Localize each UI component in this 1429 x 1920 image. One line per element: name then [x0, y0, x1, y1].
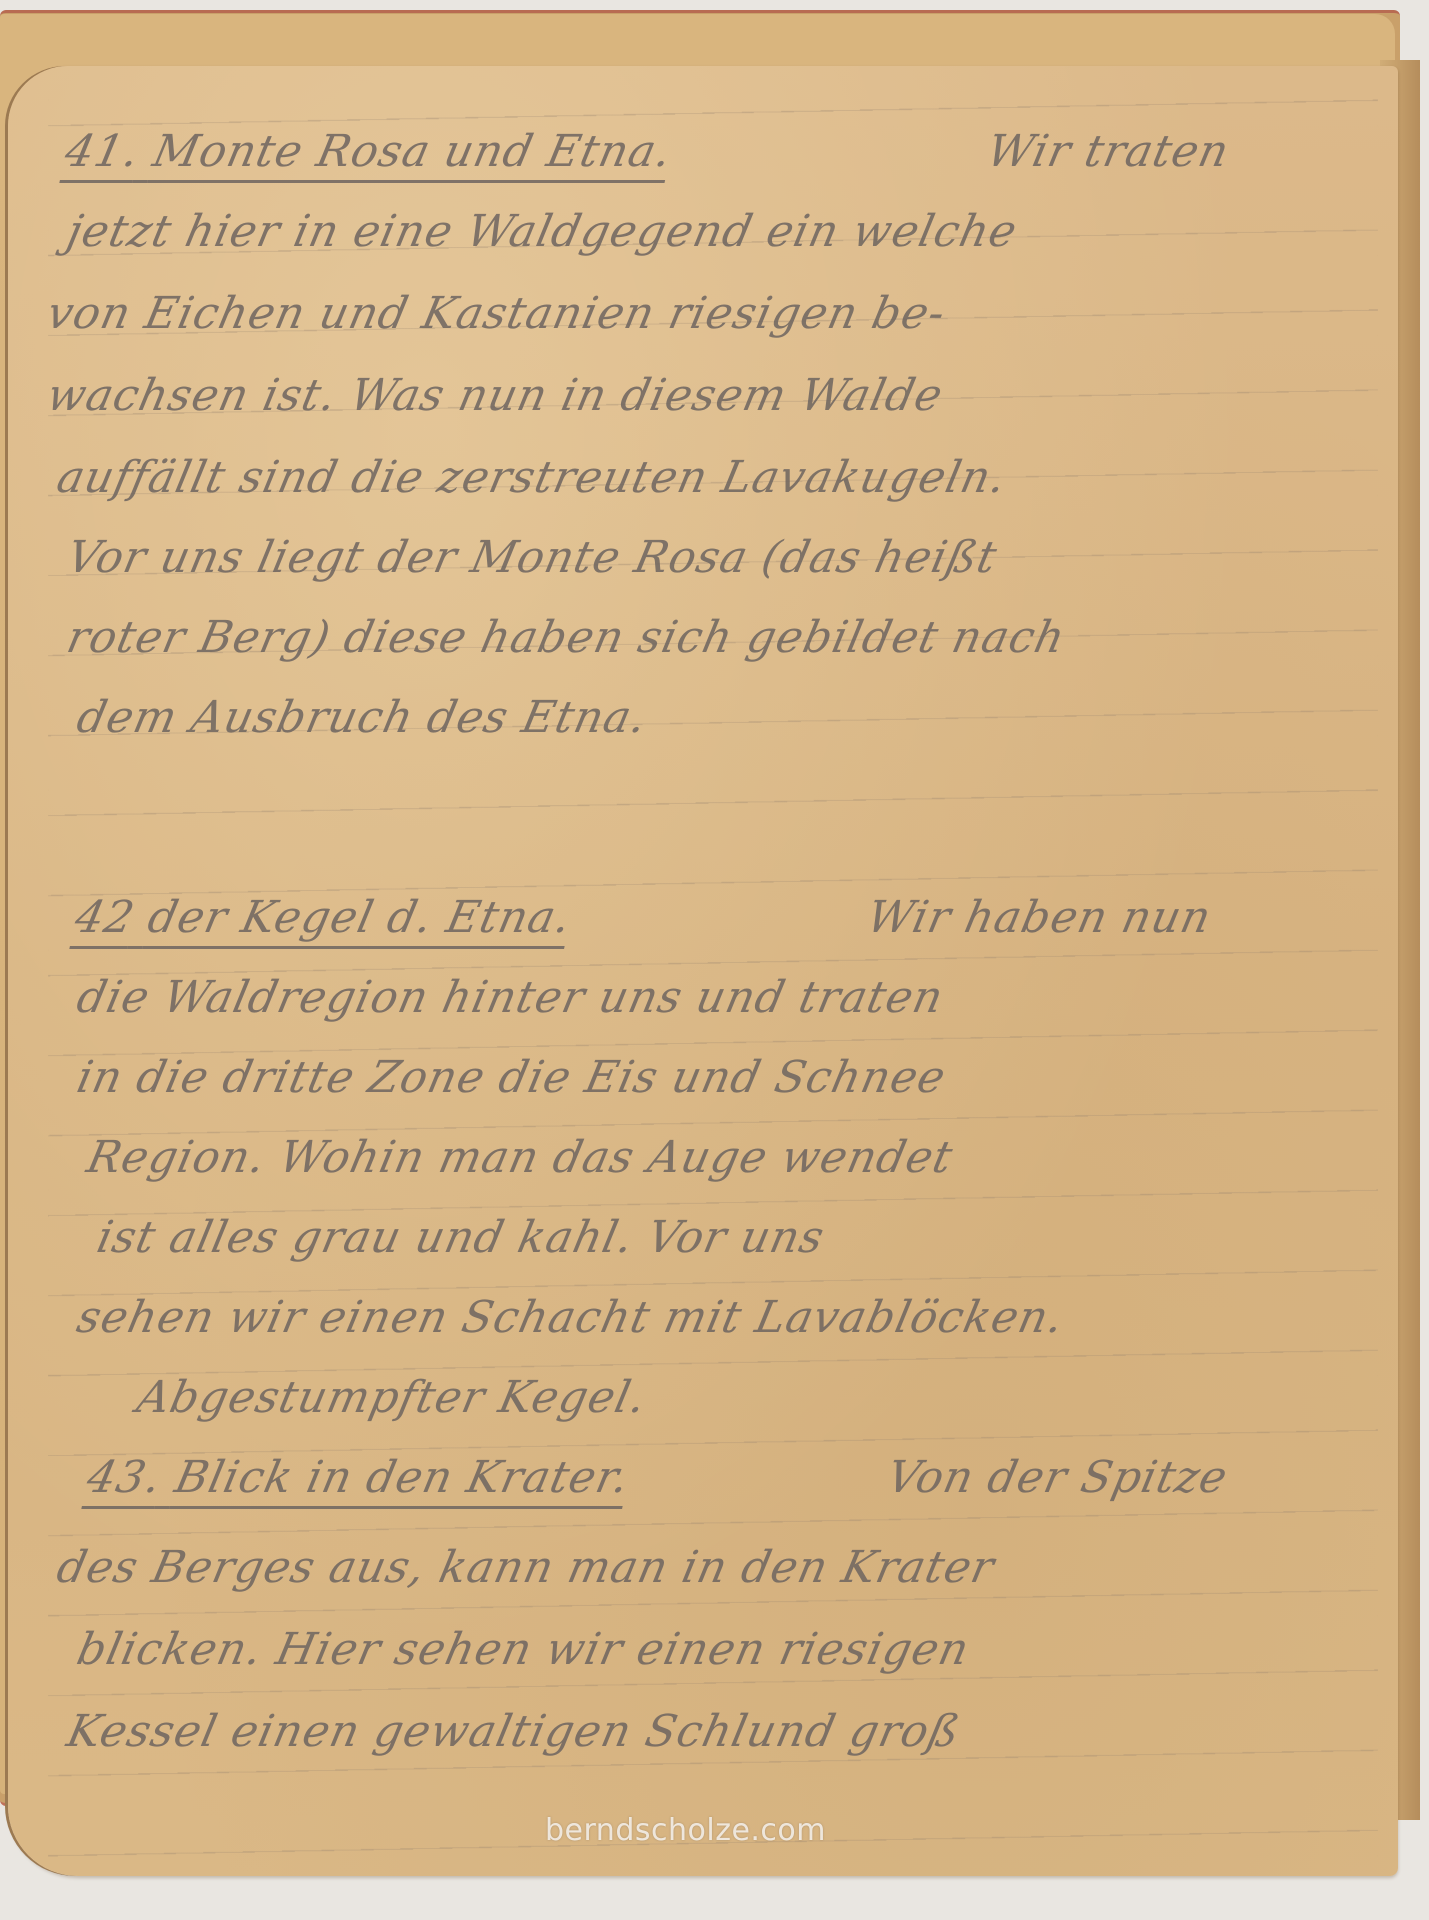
- entry-title: Monte Rosa und Etna.: [149, 126, 677, 177]
- text-line: Von der Spitze: [883, 1452, 1233, 1503]
- text-line: Vor uns liegt der Monte Rosa (das heißt: [63, 532, 1002, 583]
- text-line: Wir traten: [983, 126, 1234, 177]
- entry-number: 41.: [61, 126, 145, 177]
- text-line: Wir haben nun: [863, 892, 1216, 943]
- text-line: in die dritte Zone die Eis und Schnee: [73, 1052, 951, 1103]
- text-line: Abgestumpfter Kegel.: [133, 1372, 651, 1423]
- entry-number: 43.: [83, 1452, 167, 1503]
- text-line: von Eichen und Kastanien riesigen be-: [43, 288, 951, 339]
- notebook-page: 41. Monte Rosa und Etna. Wir traten jetz…: [8, 66, 1398, 1876]
- text-line: des Berges aus, kann man in den Krater: [53, 1542, 1000, 1593]
- text-line: dem Ausbruch des Etna.: [73, 692, 652, 743]
- text-line: blicken. Hier sehen wir einen riesigen: [73, 1624, 975, 1675]
- entry-number: 42: [71, 892, 140, 943]
- text-line: roter Berg) diese haben sich gebildet na…: [63, 612, 1070, 663]
- watermark-text: berndscholze.com: [545, 1813, 826, 1848]
- entry-title: Blick in den Krater.: [171, 1452, 635, 1503]
- text-line: wachsen ist. Was nun in diesem Walde: [43, 370, 948, 421]
- entry-43-heading: 43. Blick in den Krater.: [83, 1452, 635, 1503]
- text-line: auffällt sind die zerstreuten Lavakugeln…: [53, 452, 1012, 503]
- entry-41-heading: 41. Monte Rosa und Etna.: [61, 126, 677, 177]
- text-line: Region. Wohin man das Auge wendet: [83, 1132, 958, 1183]
- text-line: Kessel einen gewaltigen Schlund groß: [63, 1706, 965, 1757]
- text-line: jetzt hier in eine Waldgegend ein welche: [63, 206, 1022, 257]
- entry-42-heading: 42 der Kegel d. Etna.: [71, 892, 577, 943]
- entry-title: der Kegel d. Etna.: [144, 892, 577, 943]
- text-line: sehen wir einen Schacht mit Lavablöcken.: [73, 1292, 1069, 1343]
- text-line: ist alles grau und kahl. Vor uns: [93, 1212, 830, 1263]
- text-line: die Waldregion hinter uns und traten: [73, 972, 949, 1023]
